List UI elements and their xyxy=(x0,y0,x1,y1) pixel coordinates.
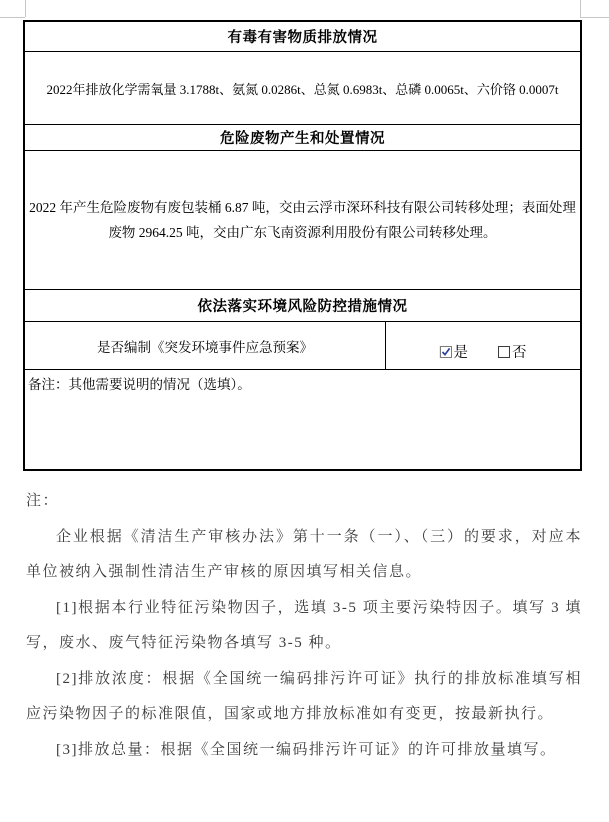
section-header-toxic-emissions: 有毒有害物质排放情况 xyxy=(25,22,580,52)
notes-label: 注： xyxy=(26,484,582,520)
emergency-plan-question: 是否编制《突发环境事件应急预案》 xyxy=(25,322,386,369)
section-header-hazardous-waste: 危险废物产生和处置情况 xyxy=(25,125,580,151)
grid-remnant-right-horizontal xyxy=(580,17,609,18)
option-yes: 是 xyxy=(440,341,469,362)
hazardous-waste-content: 2022 年产生危险废物有废包装桶 6.87 吨，交由云浮市深环科技有限公司转移… xyxy=(25,151,580,290)
grid-remnant-left-horizontal xyxy=(0,17,25,18)
grid-remnant-right-vertical xyxy=(580,0,581,17)
note-paragraph-1: 企业根据《清洁生产审核办法》第十一条（一）、（三）的要求，对应本单位被纳入强制性… xyxy=(26,520,582,591)
check-icon xyxy=(441,347,451,357)
checkbox-yes-checked-icon[interactable] xyxy=(440,346,452,358)
option-yes-label: 是 xyxy=(454,341,469,362)
option-no-label: 否 xyxy=(512,341,527,362)
footnotes-section: 注： 企业根据《清洁生产审核办法》第十一条（一）、（三）的要求，对应本单位被纳入… xyxy=(26,484,582,768)
section-header-risk-control: 依法落实环境风险防控措施情况 xyxy=(25,290,580,322)
note-paragraph-4: [3]排放总量：根据《全国统一编码排污许可证》的许可排放量填写。 xyxy=(26,733,582,769)
option-no: 否 xyxy=(498,341,527,362)
checkbox-no-unchecked-icon[interactable] xyxy=(498,346,510,358)
document-page: 有毒有害物质排放情况 2022年排放化学需氧量 3.1788t、氨氮 0.028… xyxy=(0,0,609,822)
disclosure-table: 有毒有害物质排放情况 2022年排放化学需氧量 3.1788t、氨氮 0.028… xyxy=(23,20,582,471)
note-paragraph-2: [1]根据本行业特征污染物因子，选填 3-5 项主要污染特因子。填写 3 填写，… xyxy=(26,591,582,662)
grid-remnant-left-vertical xyxy=(25,0,26,17)
toxic-emissions-content: 2022年排放化学需氧量 3.1788t、氨氮 0.0286t、总氮 0.698… xyxy=(25,52,580,125)
note-paragraph-3: [2]排放浓度：根据《全国统一编码排污许可证》执行的排放标准填写相应污染物因子的… xyxy=(26,662,582,733)
emergency-plan-row: 是否编制《突发环境事件应急预案》 是 否 xyxy=(25,322,580,370)
emergency-plan-answer: 是 否 xyxy=(386,322,580,369)
remark-cell: 备注：其他需要说明的情况（选填）。 xyxy=(25,370,580,469)
